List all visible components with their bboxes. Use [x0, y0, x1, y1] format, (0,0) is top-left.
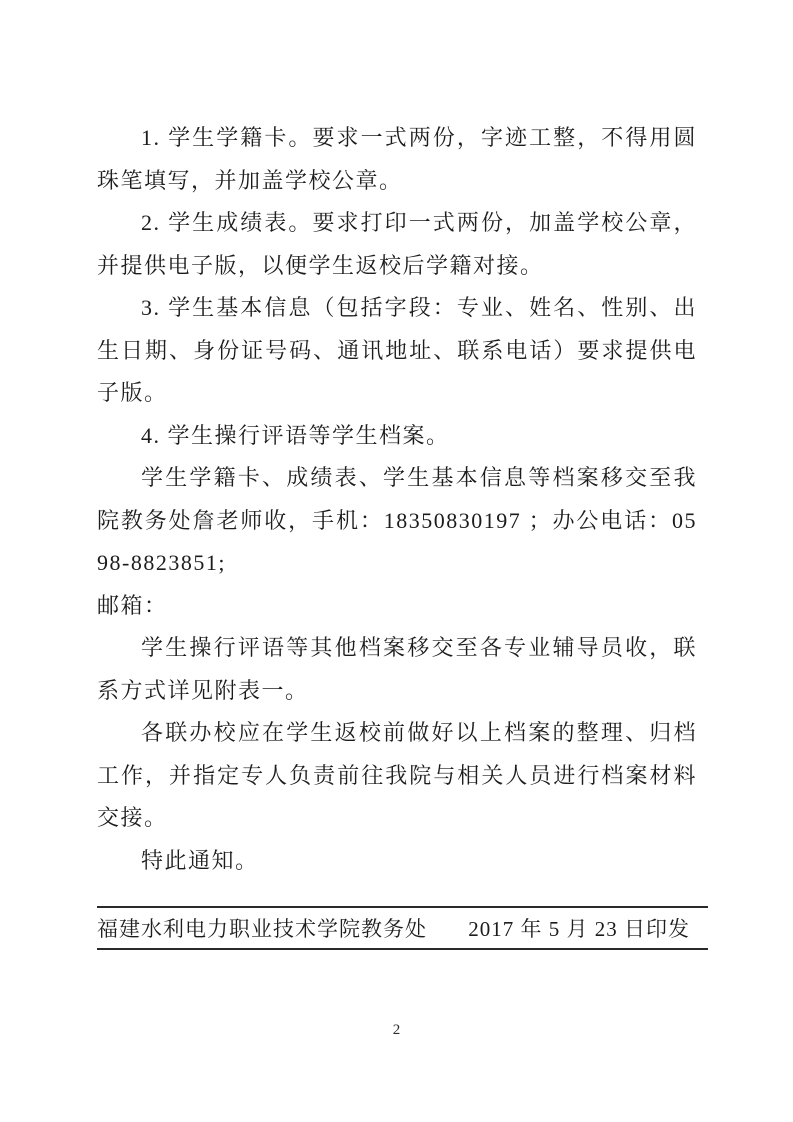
page-number: 2	[0, 1022, 793, 1039]
para-archive-transfer-contact: 学生学籍卡、成绩表、学生基本信息等档案移交至我院教务处詹老师收，手机：18350…	[97, 457, 697, 585]
list-item-conduct-records: 4. 学生操行评语等学生档案。	[97, 415, 697, 458]
list-item-student-record-card: 1. 学生学籍卡。要求一式两份，字迹工整，不得用圆珠笔填写，并加盖学校公章。	[97, 117, 697, 202]
para-email-label: 邮箱：	[97, 585, 697, 628]
list-item-transcript: 2. 学生成绩表。要求打印一式两份，加盖学校公章，并提供电子版，以便学生返校后学…	[97, 202, 697, 287]
print-date: 2017 年 5 月 23 日印发	[468, 913, 690, 943]
list-item-basic-info: 3. 学生基本信息（包括字段：专业、姓名、性别、出生日期、身份证号码、通讯地址、…	[97, 287, 697, 415]
notice-body: 1. 学生学籍卡。要求一式两份，字迹工整，不得用圆珠笔填写，并加盖学校公章。 2…	[97, 117, 697, 882]
issuing-office: 福建水利电力职业技术学院教务处	[97, 913, 427, 943]
colophon-bar: 福建水利电力职业技术学院教务处 2017 年 5 月 23 日印发	[97, 906, 708, 950]
para-preparation-instructions: 各联办校应在学生返校前做好以上档案的整理、归档工作，并指定专人负责前往我院与相关…	[97, 712, 697, 840]
para-notice-closing: 特此通知。	[97, 840, 697, 883]
document-page: 1. 学生学籍卡。要求一式两份，字迹工整，不得用圆珠笔填写，并加盖学校公章。 2…	[0, 0, 793, 1122]
para-counselor-transfer: 学生操行评语等其他档案移交至各专业辅导员收，联系方式详见附表一。	[97, 627, 697, 712]
